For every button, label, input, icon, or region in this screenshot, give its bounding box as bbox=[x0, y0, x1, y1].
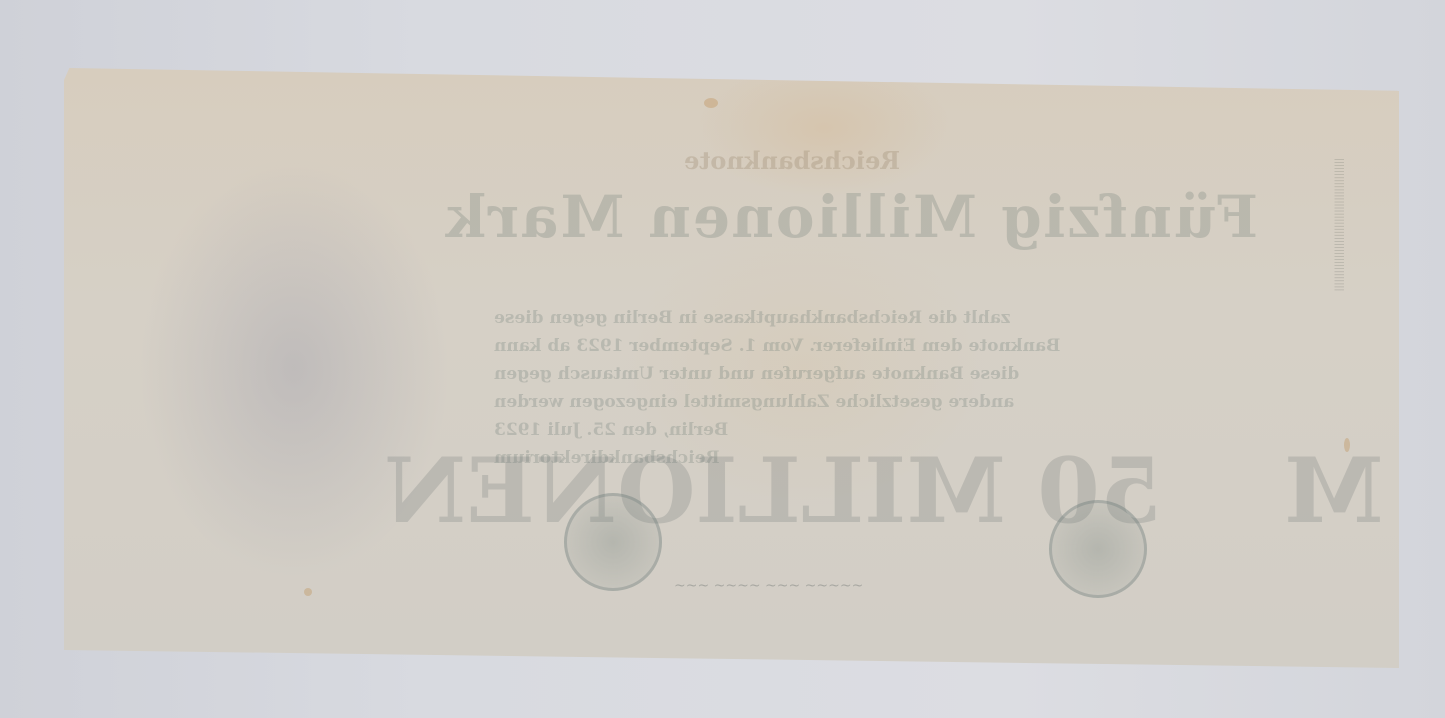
body-line: Banknote dem Einlieferer. Vom 1. Septemb… bbox=[494, 336, 1060, 356]
banknote-header: Reichsbanknote bbox=[684, 146, 900, 175]
large-denomination-left: 50 MILLIONEN bbox=[384, 438, 1163, 544]
body-line: zahlt die Reichsbankhauptkasse in Berlin… bbox=[494, 308, 1011, 328]
seal-right-icon bbox=[1049, 500, 1147, 598]
body-line: diese Banknote aufgerufen und unter Umta… bbox=[494, 364, 1019, 384]
banknote-title: Fünfzig Millionen Mark bbox=[444, 183, 1258, 251]
side-fine-print: ||||||||||||||||||||||||||||||||||||||||… bbox=[1304, 158, 1344, 638]
body-line: Berlin, den 25. Juli 1923 bbox=[494, 420, 728, 440]
stain bbox=[1344, 438, 1350, 452]
stain bbox=[304, 588, 312, 596]
seal-left-icon bbox=[564, 493, 662, 591]
signature-line: ~~~ ~~~~ ~~~ ~~~~~ bbox=[674, 578, 863, 594]
banknote: Reichsbanknote Fünfzig Millionen Mark za… bbox=[64, 68, 1399, 668]
stain bbox=[704, 98, 718, 108]
body-line: andere gesetzliche Zahlungsmittel eingez… bbox=[494, 392, 1014, 412]
